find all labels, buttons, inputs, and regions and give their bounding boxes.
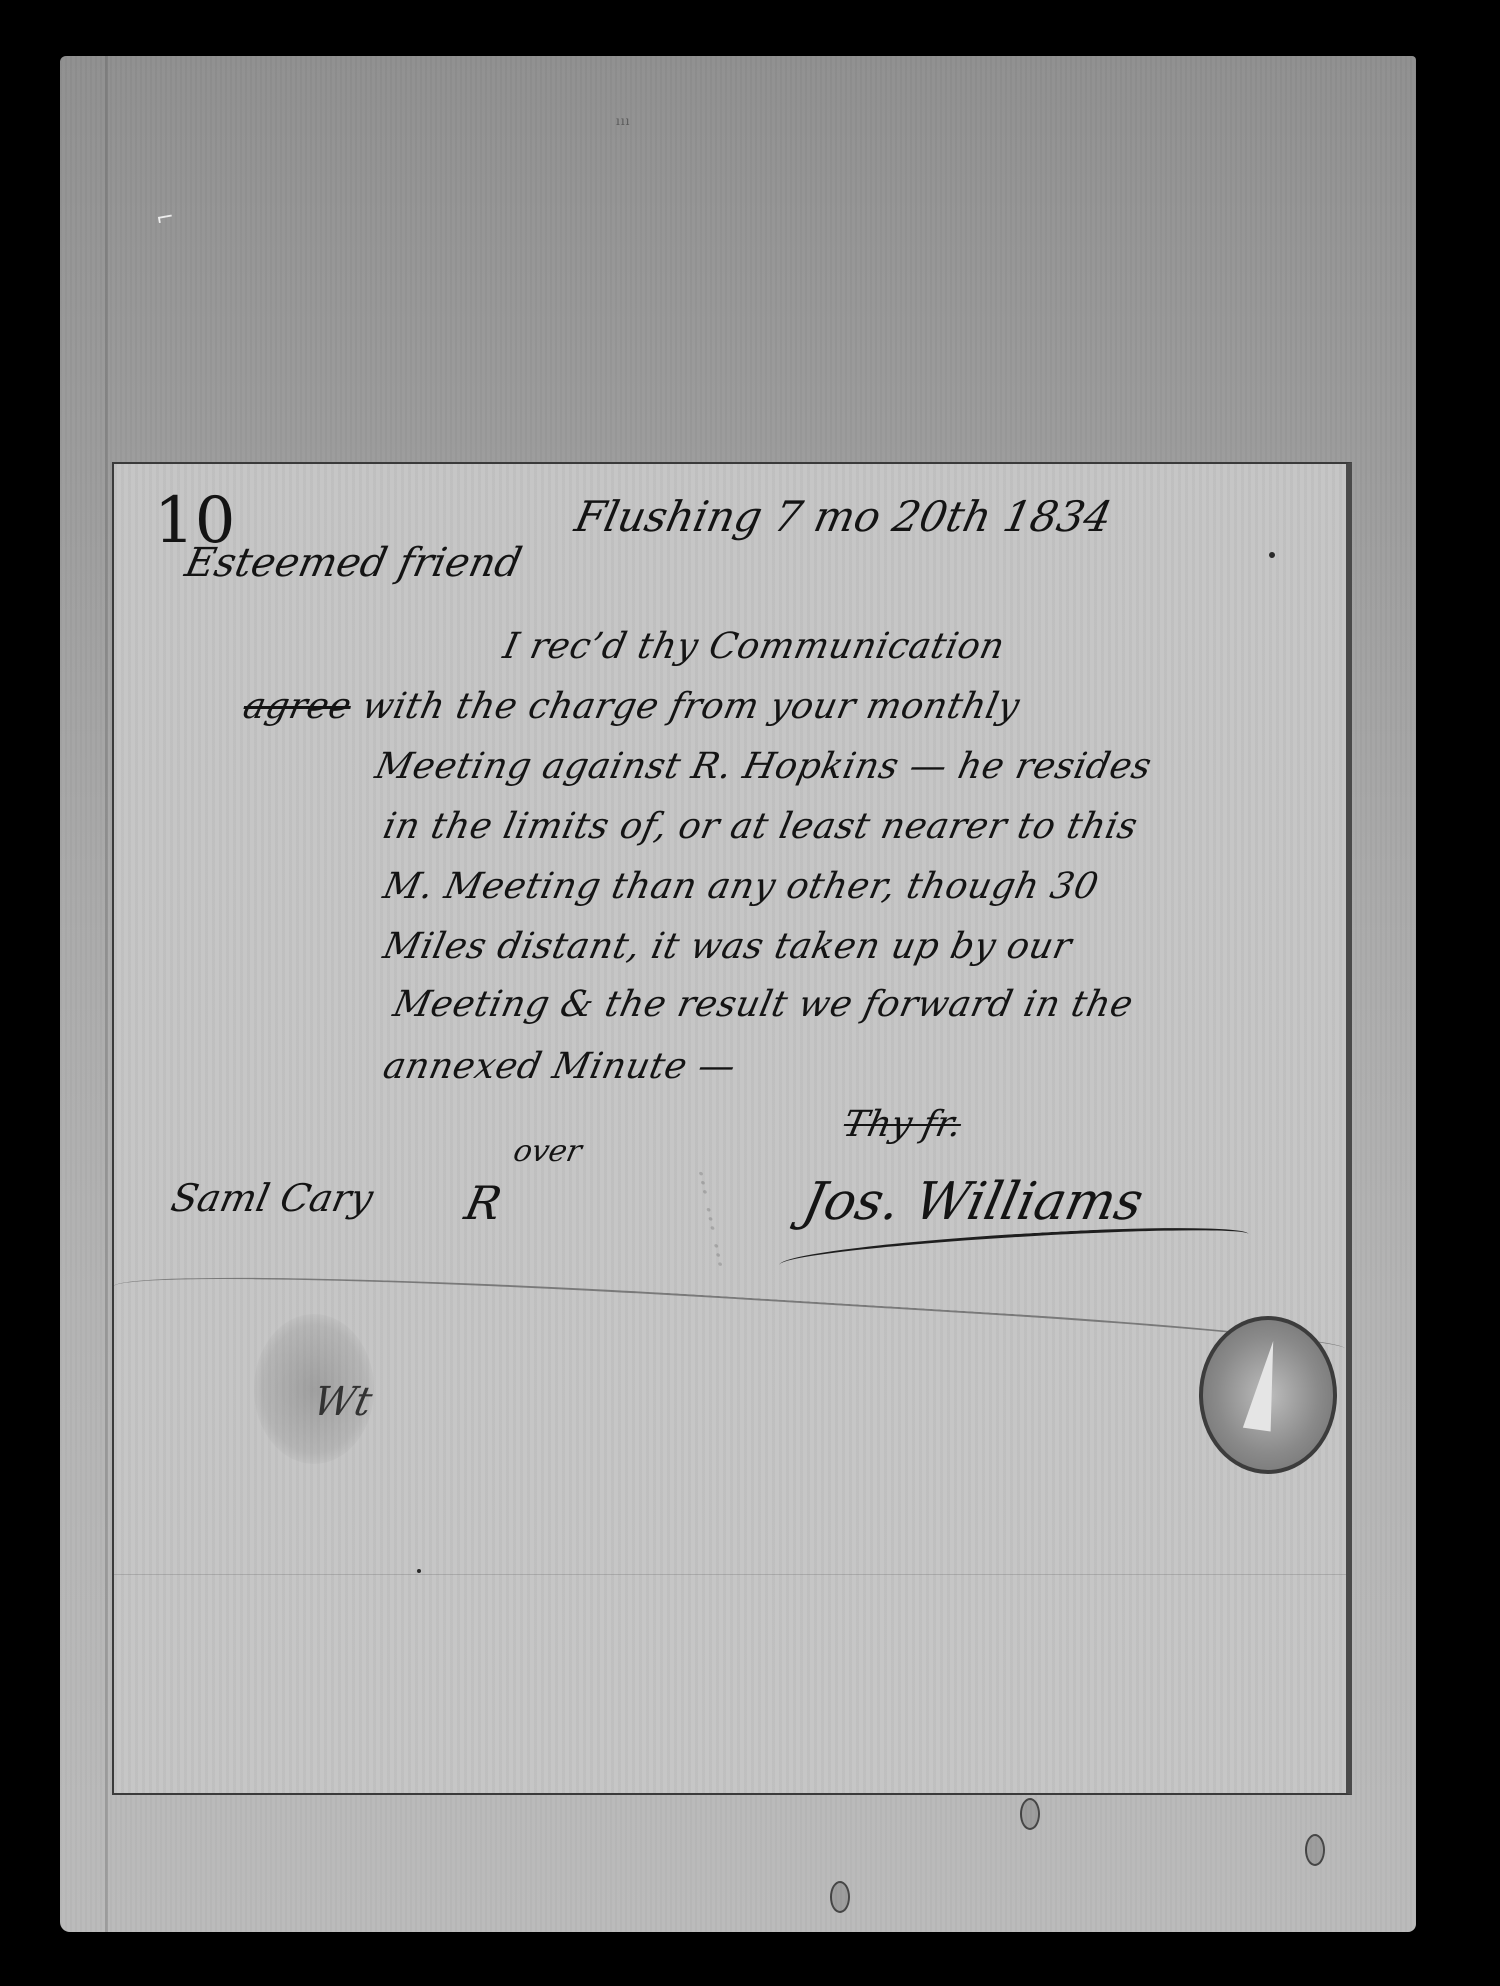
punch-hole (830, 1881, 850, 1913)
body-line: Meeting & the result we forward in the (390, 984, 1137, 1025)
salutation: Esteemed friend (181, 540, 526, 586)
seal-mark: Wt (309, 1379, 376, 1425)
margin-tick-mark: ⌐ (154, 205, 176, 233)
letter-sheet: 10 Flushing 7 mo 20th 1834 Esteemed frie… (112, 462, 1352, 1795)
closing: Thy fr. (840, 1104, 966, 1145)
recipient-name: Saml Cary (167, 1176, 377, 1220)
punch-hole (1305, 1834, 1325, 1866)
body-line: M. Meeting than any other, though 30 (380, 866, 1103, 907)
body-line: annexed Minute — (380, 1046, 740, 1087)
signature: Jos. Williams (798, 1172, 1149, 1232)
body-line: I rec’d thy Communication (500, 626, 1009, 667)
notation-mark: R (460, 1176, 506, 1230)
punch-hole (1020, 1798, 1040, 1830)
over-note: over (510, 1134, 585, 1169)
fold-line (114, 1574, 1346, 1575)
body-line: Miles distant, it was taken up by our (380, 926, 1076, 967)
body-line: in the limits of, or at least nearer to … (380, 806, 1142, 847)
ink-spot (417, 1569, 421, 1573)
place-date: Flushing 7 mo 20th 1834 (571, 492, 1117, 541)
top-folio-marks: ııı (616, 114, 631, 128)
bleed-through-text: … … … (692, 1164, 745, 1270)
ink-spot (1269, 552, 1275, 558)
body-line-with-strike: agree with the charge from your monthly (240, 686, 1024, 727)
struck-word: agree (240, 686, 356, 727)
body-line-text: with the charge from your monthly (358, 686, 1023, 727)
body-line: Meeting against R. Hopkins — he resides (372, 746, 1156, 787)
wax-seal-right (1199, 1316, 1337, 1474)
